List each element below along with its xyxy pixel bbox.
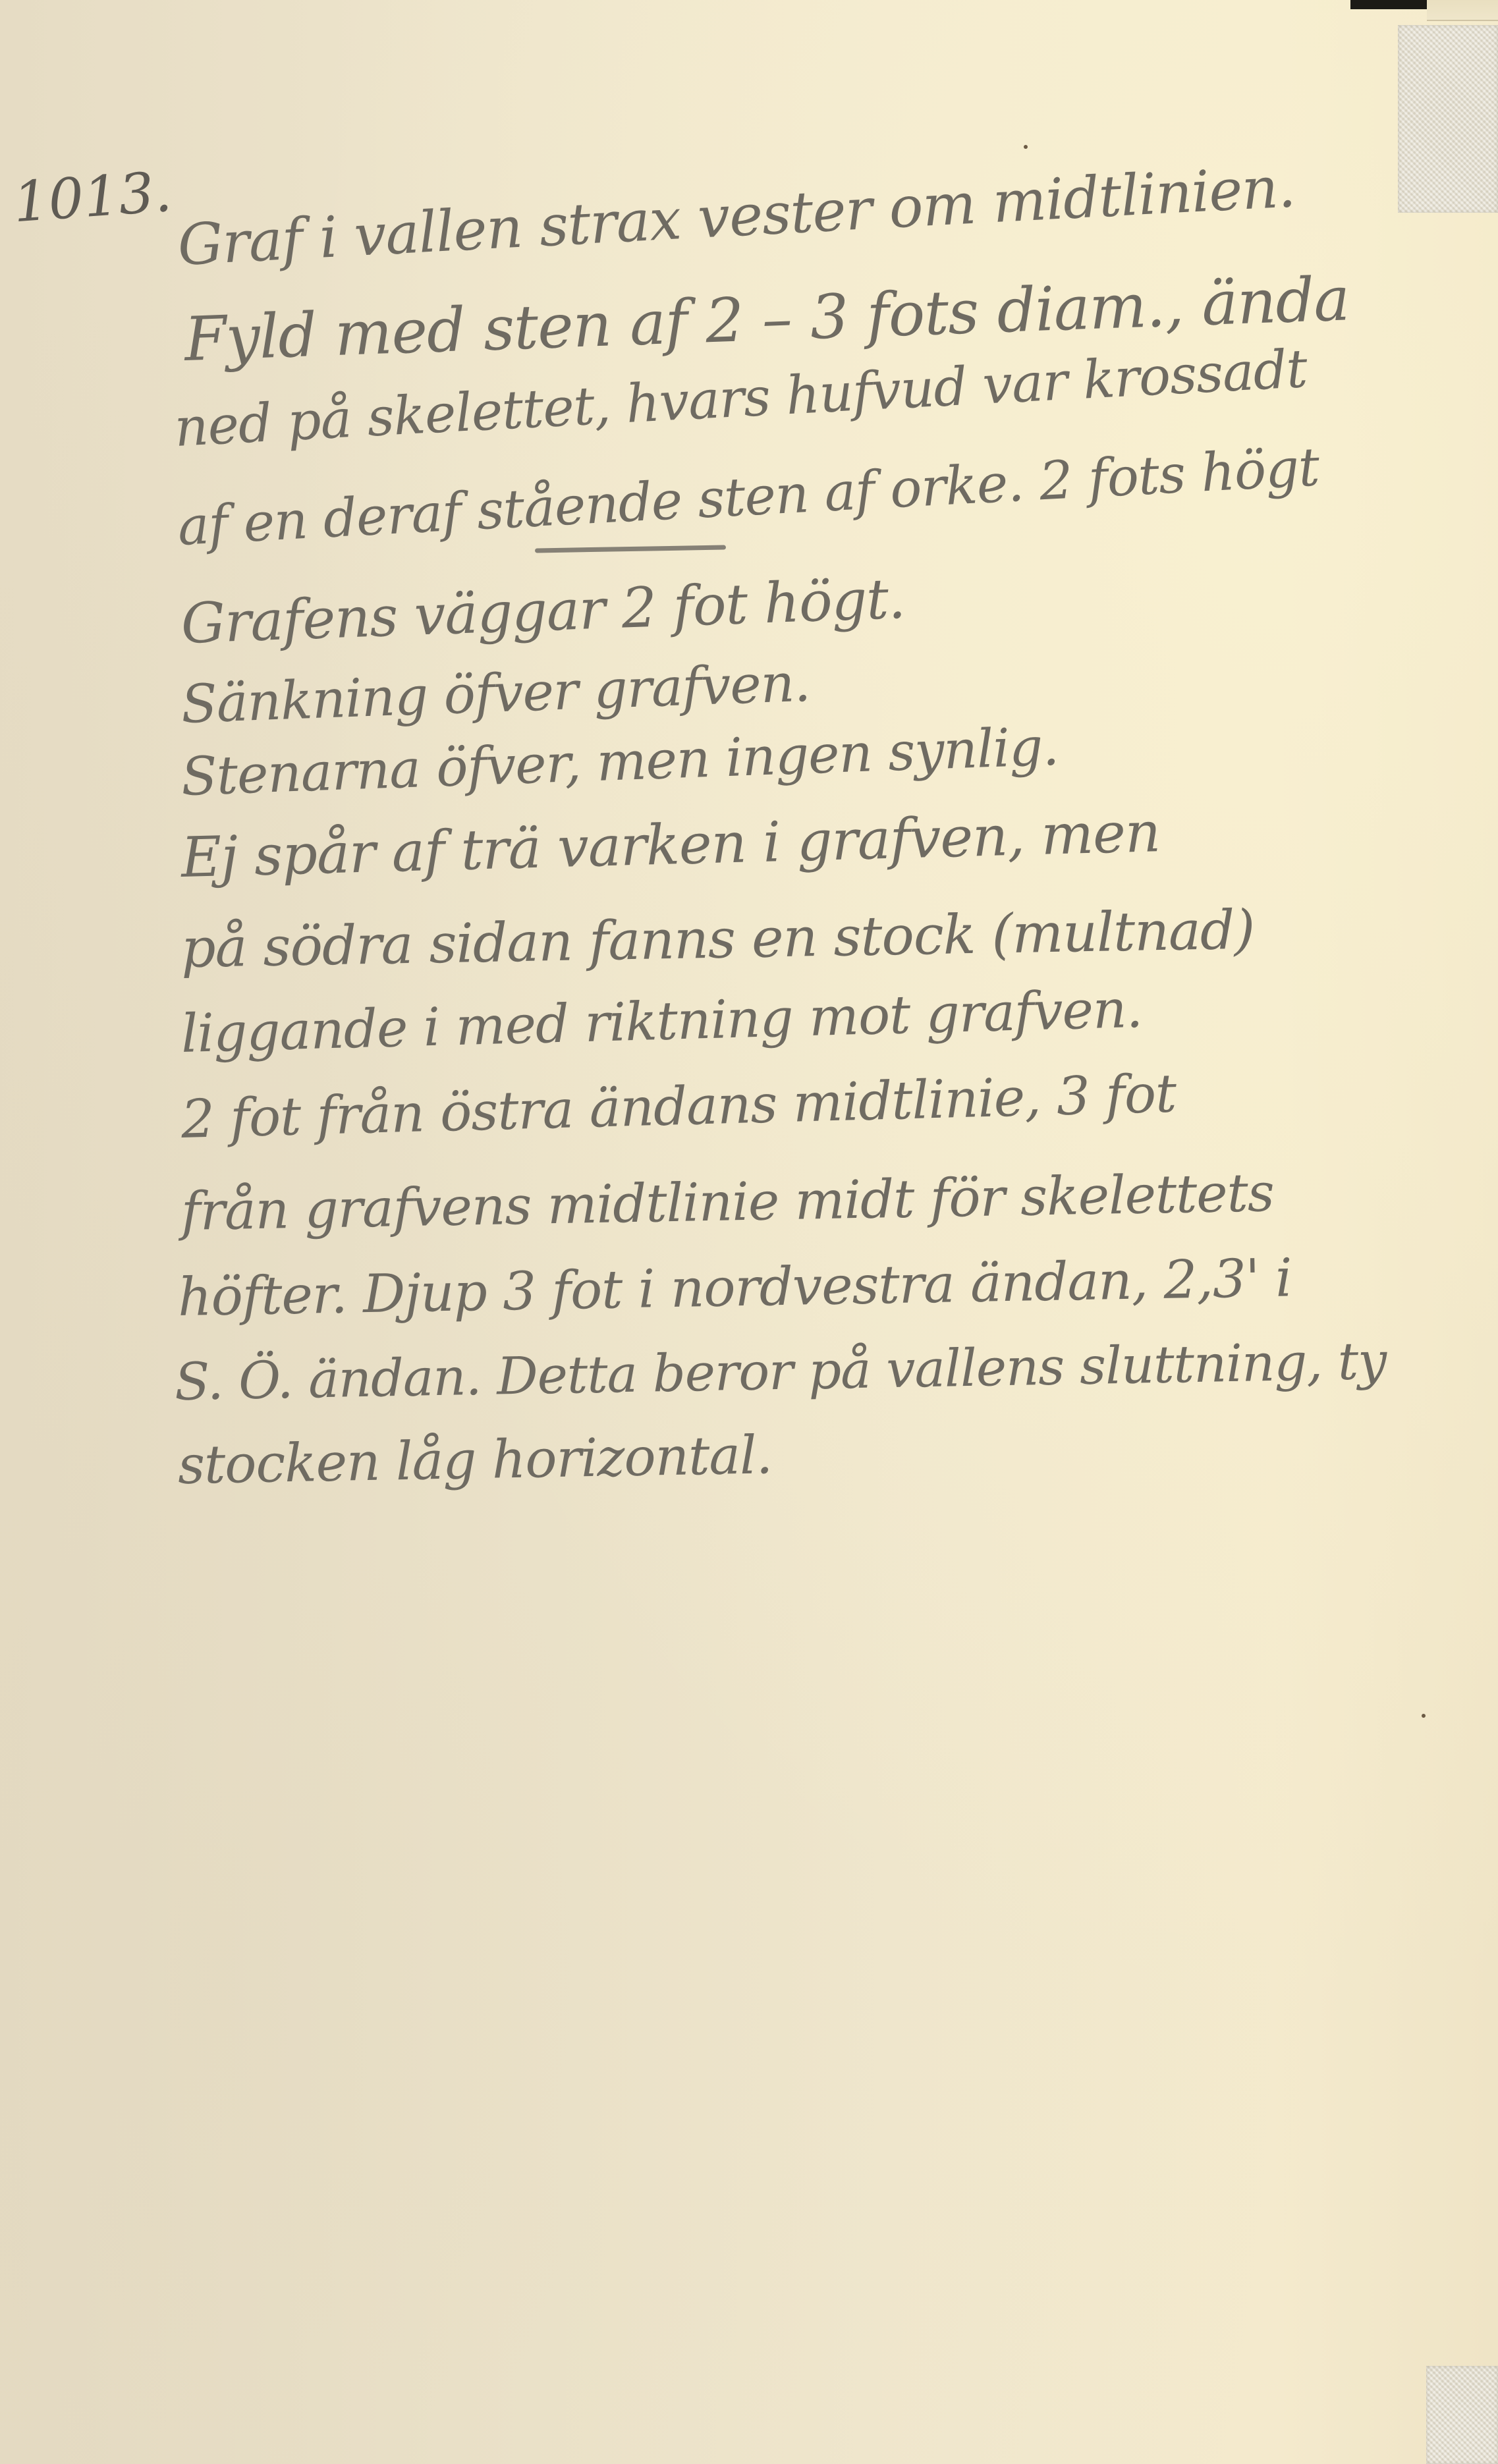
text-line-5: Grafens väggar 2 fot högt.	[180, 571, 906, 651]
text-line-1: Graf i vallen strax vester om midtlinien…	[177, 159, 1296, 274]
text-line-8: Ej spår af trä varken i grafven, men	[180, 804, 1161, 885]
text-line-12: från grafvens midtlinie midt för skelett…	[180, 1166, 1274, 1238]
text-line-7: Stenarna öfver, men ingen synlig.	[180, 721, 1059, 804]
text-line-15: stocken låg horizontal.	[177, 1429, 772, 1492]
handwritten-text: 1013. Graf i vallen strax vester om midt…	[0, 0, 1498, 2464]
folio-number: 1013.	[11, 159, 174, 235]
manuscript-page: 1013. Graf i vallen strax vester om midt…	[0, 0, 1498, 2464]
underline-stående	[535, 545, 726, 553]
text-line-13: höfter. Djup 3 fot i nordvestra ändan, 2…	[177, 1251, 1292, 1323]
text-line-10: liggande i med riktning mot grafven.	[180, 983, 1143, 1060]
text-line-14: S. Ö. ändan. Detta beror på vallens slut…	[174, 1336, 1387, 1408]
text-line-6: Sänkning öfver grafven.	[180, 657, 811, 731]
text-line-11: 2 fot från östra ändans midtlinie, 3 fot	[180, 1067, 1177, 1146]
text-line-4: af en deraf stående sten af orke. 2 fots…	[177, 441, 1320, 553]
text-line-9: på södra sidan fanns en stock (multnad)	[180, 904, 1255, 976]
